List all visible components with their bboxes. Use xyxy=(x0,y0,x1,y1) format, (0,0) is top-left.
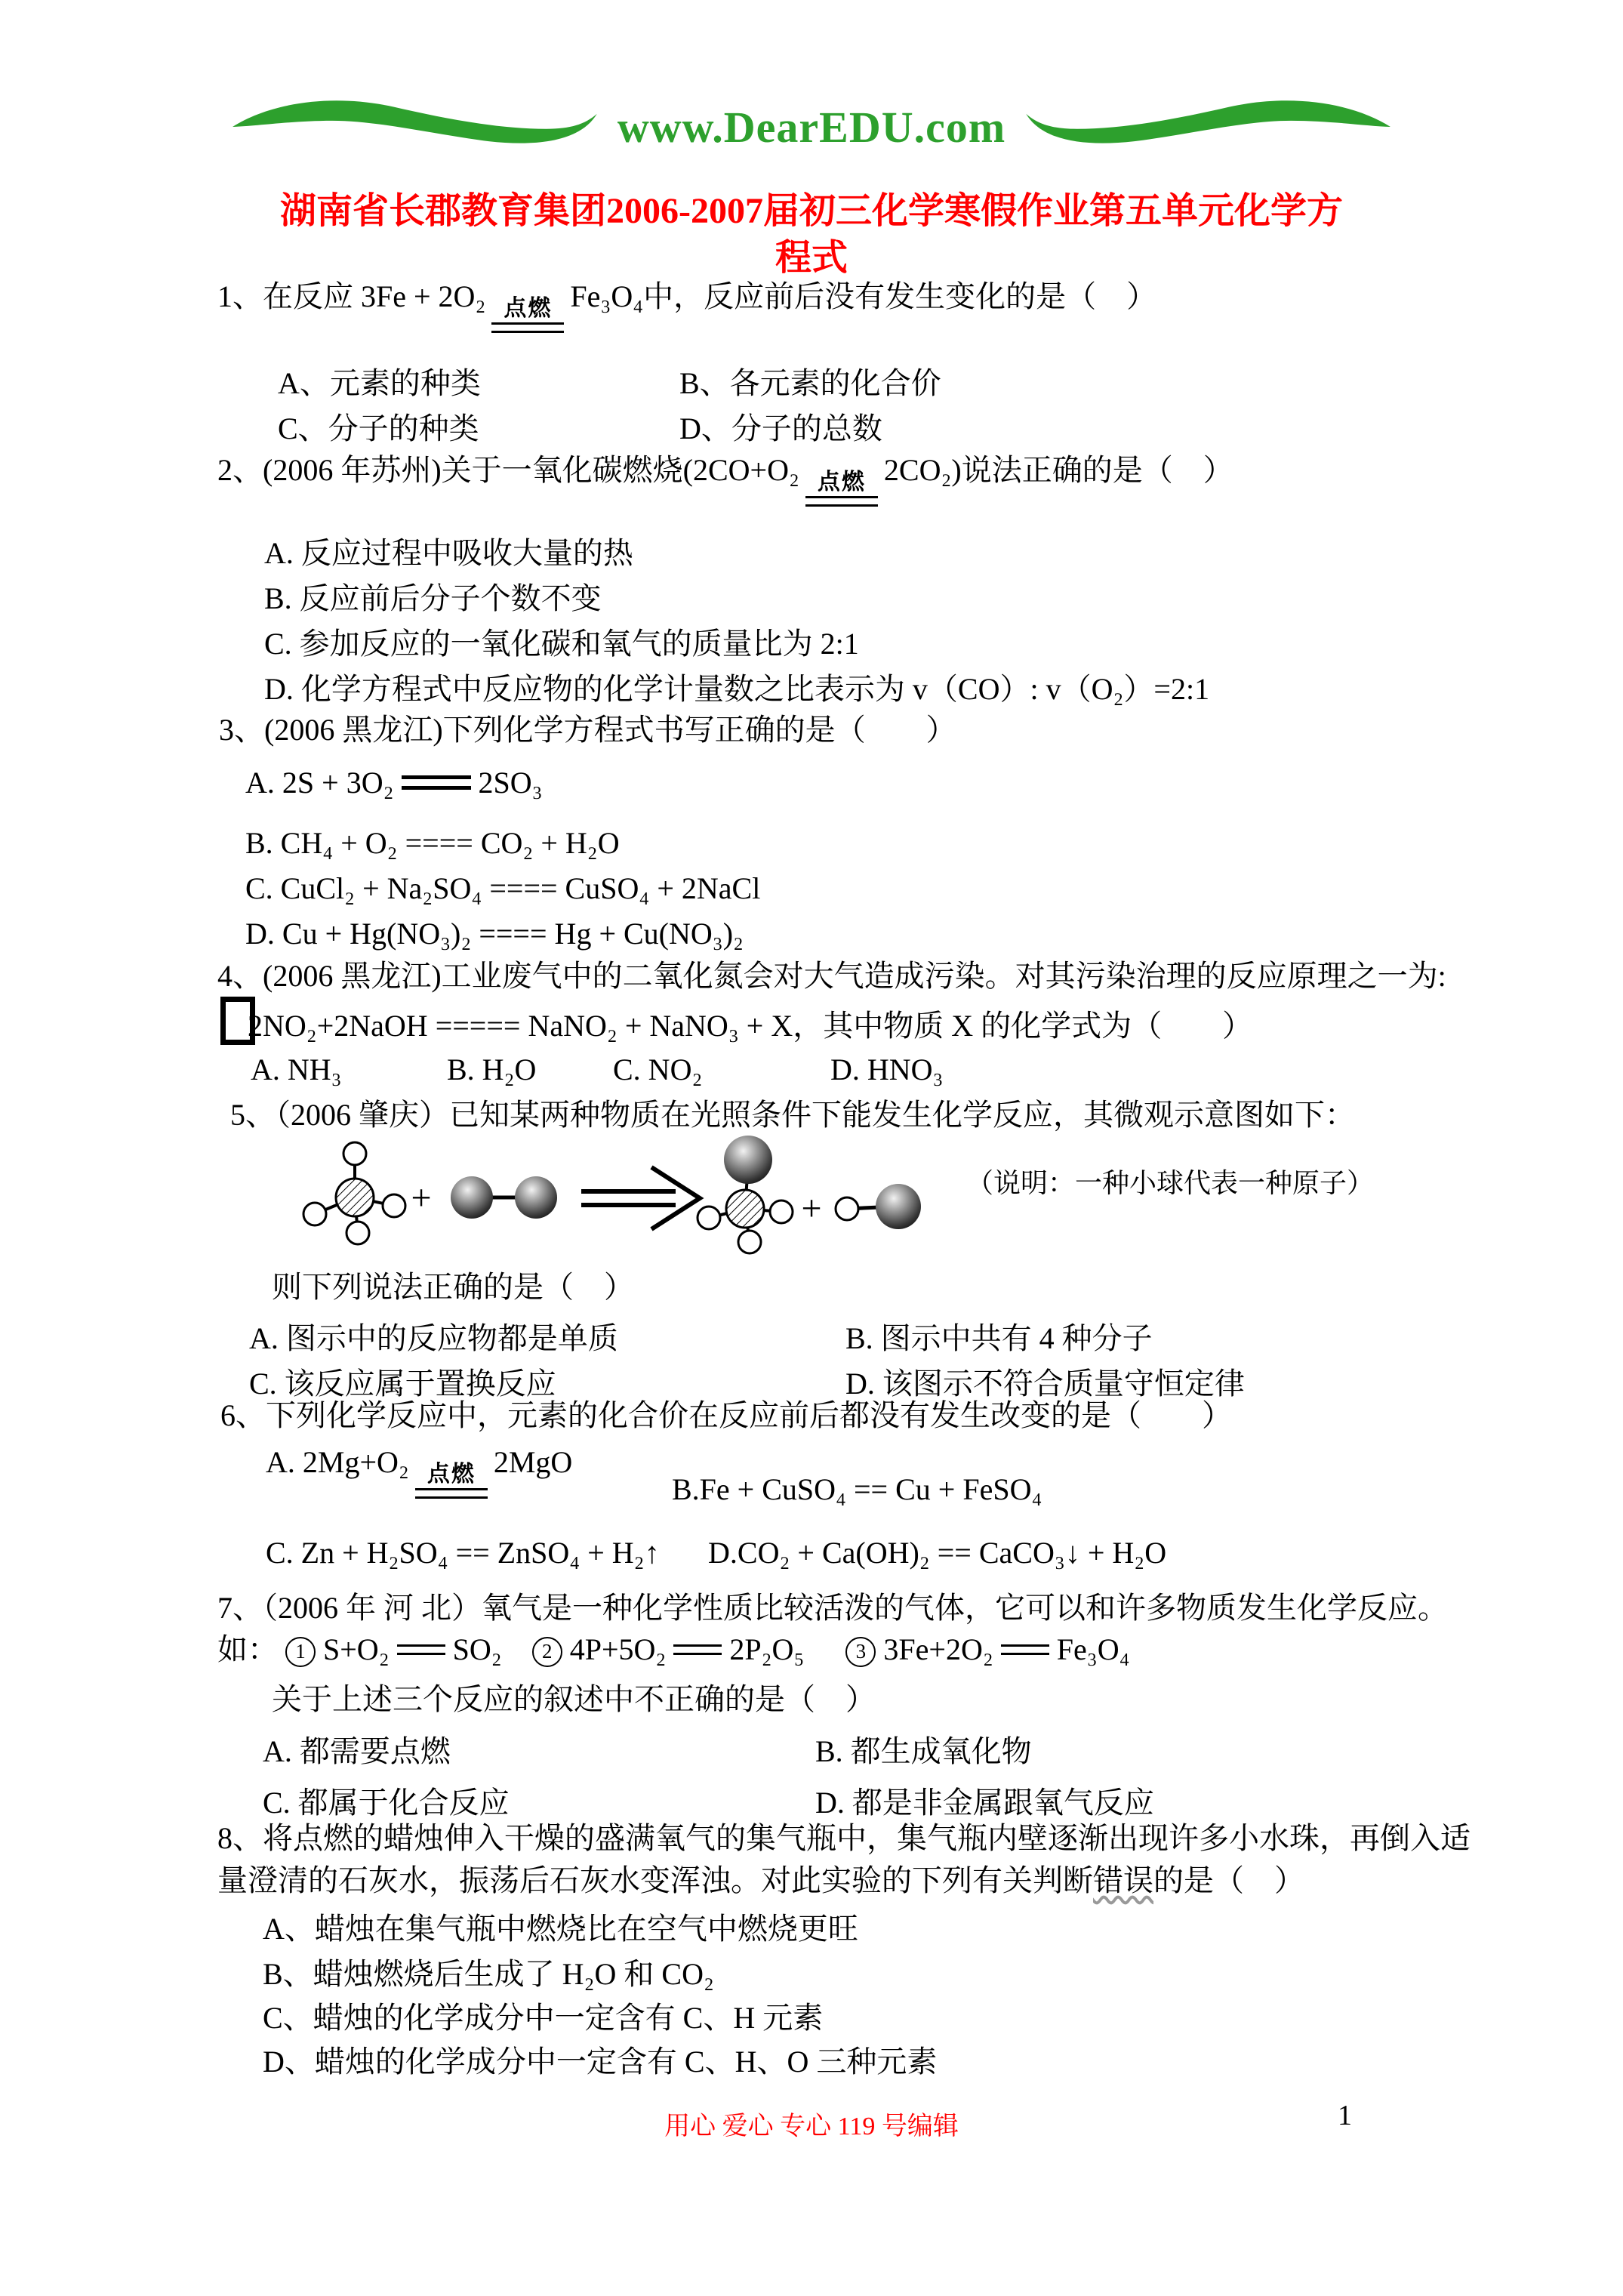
q8-stem2-post: 的是（ ） xyxy=(1153,1863,1304,1897)
q7-eq1-pre: S+O₂ xyxy=(323,1632,390,1666)
logo-text: www.DearEDU.com xyxy=(617,102,1006,153)
q7-eq3-pre: 3Fe+2O₂ xyxy=(883,1632,993,1666)
q4-equation: 2NO₂+2NaOH ===== NaNO₂ + NaNO₃ + X，其中物质 … xyxy=(248,1009,1252,1043)
question-2-stem: 2、(2006 年苏州)关于一氧化碳燃烧(2CO+O₂点燃2CO₂)说法正确的是… xyxy=(217,451,1233,507)
double-line-icon xyxy=(1001,1644,1049,1655)
small-atom xyxy=(738,1231,761,1253)
q1-option-b: B、各元素的化合价 xyxy=(679,365,941,402)
q3-option-a: A. 2S + 3O₂2SO₃ xyxy=(245,764,543,802)
q5-diagram-note: （说明：一种小球代表一种原子） xyxy=(966,1166,1374,1200)
central-atom xyxy=(336,1179,374,1216)
page-number: 1 xyxy=(1338,2099,1352,2132)
q7-option-d: D. 都是非金属跟氧气反应 xyxy=(815,1784,1154,1822)
question-3-stem: 3、(2006 黑龙江)下列化学方程式书写正确的是（ ） xyxy=(219,711,956,749)
q3-option-d: D. Cu + Hg(NO₃)₂ ==== Hg + Cu(NO₃)₂ xyxy=(245,915,744,953)
reaction-arrow-icon xyxy=(581,1167,700,1229)
small-atom xyxy=(346,1222,369,1244)
q7-eq2-post: 2P₂O₅ xyxy=(729,1632,804,1666)
small-atom xyxy=(698,1207,720,1229)
q6-option-a: A. 2Mg+O₂点燃2MgO xyxy=(266,1444,572,1499)
q2-option-d: D. 化学方程式中反应物的化学计量数之比表示为 v（CO）: v（O₂）=2:1 xyxy=(264,670,1209,708)
q4-option-d: D. HNO₃ xyxy=(830,1051,944,1089)
q6-option-b: B.Fe + CuSO₄ == Cu + FeSO₄ xyxy=(672,1471,1042,1509)
double-line-icon xyxy=(397,1644,445,1655)
page-title-line1: 湖南省长郡教育集团2006-2007届初三化学寒假作业第五单元化学方 xyxy=(0,181,1623,233)
ignite-condition: 点燃 xyxy=(805,471,878,507)
q3-a-post: 2SO₃ xyxy=(479,766,543,800)
question-6-stem: 6、下列化学反应中，元素的化合价在反应前后都没有发生改变的是（ ） xyxy=(220,1397,1232,1435)
footer-slogan: 用心 爱心 专心 119 号编辑 xyxy=(0,2105,1623,2142)
double-line-icon xyxy=(805,496,878,507)
q8-option-d: D、蜡烛的化学成分中一定含有 C、H、O 三种元素 xyxy=(263,2043,937,2081)
q6-a-post: 2MgO xyxy=(494,1445,572,1479)
double-line-icon xyxy=(415,1488,488,1499)
q1-option-c: C、分子的种类 xyxy=(278,410,479,448)
q8-option-a: A、蜡烛在集气瓶中燃烧比在空气中燃烧更旺 xyxy=(263,1910,858,1948)
small-atom xyxy=(383,1194,405,1217)
logo: www.DearEDU.com xyxy=(0,89,1623,165)
q7-option-c: C. 都属于化合反应 xyxy=(263,1784,510,1822)
q3-option-c: C. CuCl₂ + Na₂SO₄ ==== CuSO₄ + 2NaCl xyxy=(245,870,760,908)
q8-option-b: B、蜡烛燃烧后生成了 H₂O 和 CO₂ xyxy=(263,1955,714,1993)
ignite-label: 点燃 xyxy=(818,471,866,494)
q2-option-b: B. 反应前后分子个数不变 xyxy=(264,580,602,618)
circled-number-1: 1 xyxy=(285,1637,316,1667)
q8-option-c: C、蜡烛的化学成分中一定含有 C、H 元素 xyxy=(263,1999,823,2037)
question-5-stem: 5、（2006 肇庆）已知某两种物质在光照条件下能发生化学反应，其微观示意图如下… xyxy=(230,1096,1355,1134)
q7-equations: 如：1S+O₂SO₂24P+5O₂2P₂O₅33Fe+2O₂Fe₃O₄ xyxy=(217,1631,1130,1669)
ignite-condition: 点燃 xyxy=(491,297,564,333)
reaction-diagram: + + xyxy=(283,1131,947,1259)
small-atom xyxy=(343,1142,366,1165)
ignite-label: 点燃 xyxy=(427,1463,476,1486)
q4-equation-line: 2NO₂+2NaOH ===== NaNO₂ + NaNO₃ + X，其中物质 … xyxy=(220,997,1252,1045)
q7-sub-stem: 关于上述三个反应的叙述中不正确的是（ ） xyxy=(272,1681,876,1718)
question-1-stem: 1、在反应 3Fe + 2O₂点燃Fe₃O₄中，反应前后没有发生变化的是（ ） xyxy=(217,278,1156,333)
q7-eq2-pre: 4P+5O₂ xyxy=(570,1632,667,1666)
ignite-label: 点燃 xyxy=(504,297,552,320)
logo-swoosh-right-icon xyxy=(1009,89,1409,165)
document-page: www.DearEDU.com 湖南省长郡教育集团2006-2007届初三化学寒… xyxy=(0,0,1623,2296)
q2-option-a: A. 反应过程中吸收大量的热 xyxy=(264,535,633,572)
question-7-stem: 7、（2006 年 河 北）氧气是一种化学性质比较活泼的气体，它可以和许多物质发… xyxy=(217,1589,1448,1627)
double-line-icon xyxy=(491,322,564,333)
q2-option-c: C. 参加反应的一氧化碳和氧气的质量比为 2:1 xyxy=(264,625,859,663)
q1-stem-post: Fe₃O₄中，反应前后没有发生变化的是（ ） xyxy=(570,279,1156,313)
q3-a-pre: A. 2S + 3O₂ xyxy=(245,766,394,800)
q1-option-a: A、元素的种类 xyxy=(278,365,481,402)
small-atom xyxy=(770,1200,793,1223)
q5-sub-stem: 则下列说法正确的是（ ） xyxy=(272,1268,634,1306)
dark-atom xyxy=(724,1136,772,1184)
q8-stem2-pre: 量澄清的石灰水，振荡后石灰水变浑浊。对此实验的下列有关判断 xyxy=(217,1863,1093,1897)
plus-sign: + xyxy=(411,1178,431,1218)
q6-a-pre: A. 2Mg+O₂ xyxy=(266,1445,409,1479)
q8-stem2-underlined: 错误 xyxy=(1093,1863,1153,1897)
central-atom xyxy=(726,1190,764,1228)
q4-option-a: A. NH₃ xyxy=(251,1051,342,1089)
q4-option-b: B. H₂O xyxy=(447,1051,536,1089)
double-line-icon xyxy=(402,775,471,790)
q5-option-a: A. 图示中的反应物都是单质 xyxy=(249,1320,618,1358)
q1-stem-pre: 1、在反应 3Fe + 2O₂ xyxy=(217,279,485,313)
q2-stem-pre: 2、(2006 年苏州)关于一氧化碳燃烧(2CO+O₂ xyxy=(217,453,799,487)
q7-eq-intro: 如： xyxy=(217,1632,278,1666)
small-atom xyxy=(836,1197,858,1220)
question-4-stem: 4、(2006 黑龙江)工业废气中的二氧化氮会对大气造成污染。对其污染治理的反应… xyxy=(217,957,1446,995)
q2-stem-post: 2CO₂)说法正确的是（ ） xyxy=(884,453,1233,487)
q3-option-b: B. CH₄ + O₂ ==== CO₂ + H₂O xyxy=(245,824,620,862)
page-title-line2: 程式 xyxy=(0,228,1623,280)
question-8-stem-line1: 8、将点燃的蜡烛伸入干燥的盛满氧气的集气瓶中，集气瓶内壁逐渐出现许多小水珠，再倒… xyxy=(217,1820,1471,1857)
double-line-icon xyxy=(673,1644,722,1655)
q7-eq1-post: SO₂ xyxy=(453,1632,502,1666)
ignite-condition: 点燃 xyxy=(415,1463,488,1499)
plus-sign: + xyxy=(801,1188,821,1228)
circled-number-2: 2 xyxy=(532,1637,562,1667)
q7-option-a: A. 都需要点燃 xyxy=(263,1733,451,1771)
dark-atom xyxy=(451,1176,493,1219)
dark-atom xyxy=(515,1176,557,1219)
q5-option-b: B. 图示中共有 4 种分子 xyxy=(845,1320,1153,1358)
q7-eq3-post: Fe₃O₄ xyxy=(1057,1632,1130,1666)
q6-option-c: C. Zn + H₂SO₄ == ZnSO₄ + H₂↑ xyxy=(266,1534,660,1572)
q1-option-d: D、分子的总数 xyxy=(679,410,882,448)
q6-option-d: D.CO₂ + Ca(OH)₂ == CaCO₃↓ + H₂O xyxy=(708,1534,1166,1572)
dark-atom xyxy=(876,1184,921,1229)
logo-swoosh-left-icon xyxy=(214,89,614,165)
small-atom xyxy=(303,1203,326,1225)
q7-option-b: B. 都生成氧化物 xyxy=(815,1733,1032,1771)
q4-option-c: C. NO₂ xyxy=(613,1051,702,1089)
question-8-stem-line2: 量澄清的石灰水，振荡后石灰水变浑浊。对此实验的下列有关判断错误的是（ ） xyxy=(217,1862,1304,1900)
circled-number-3: 3 xyxy=(845,1637,876,1667)
